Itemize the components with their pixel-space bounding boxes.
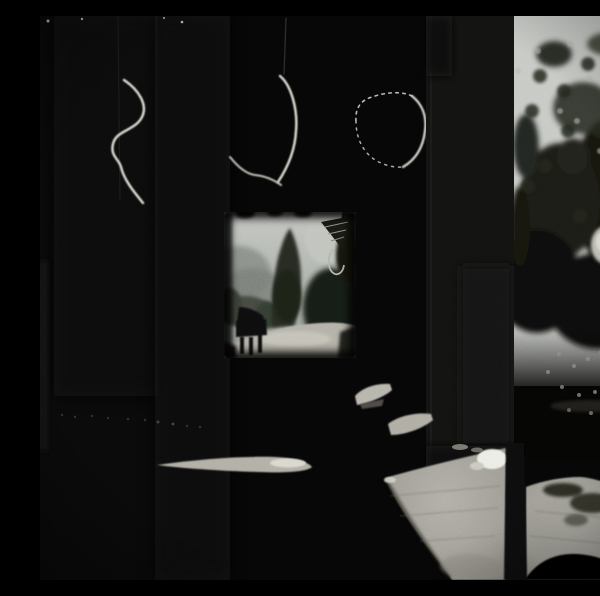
vignette: [40, 16, 600, 580]
photo-canvas: [40, 16, 600, 580]
photograph: Black-and-white photograph taken from in…: [40, 16, 600, 580]
